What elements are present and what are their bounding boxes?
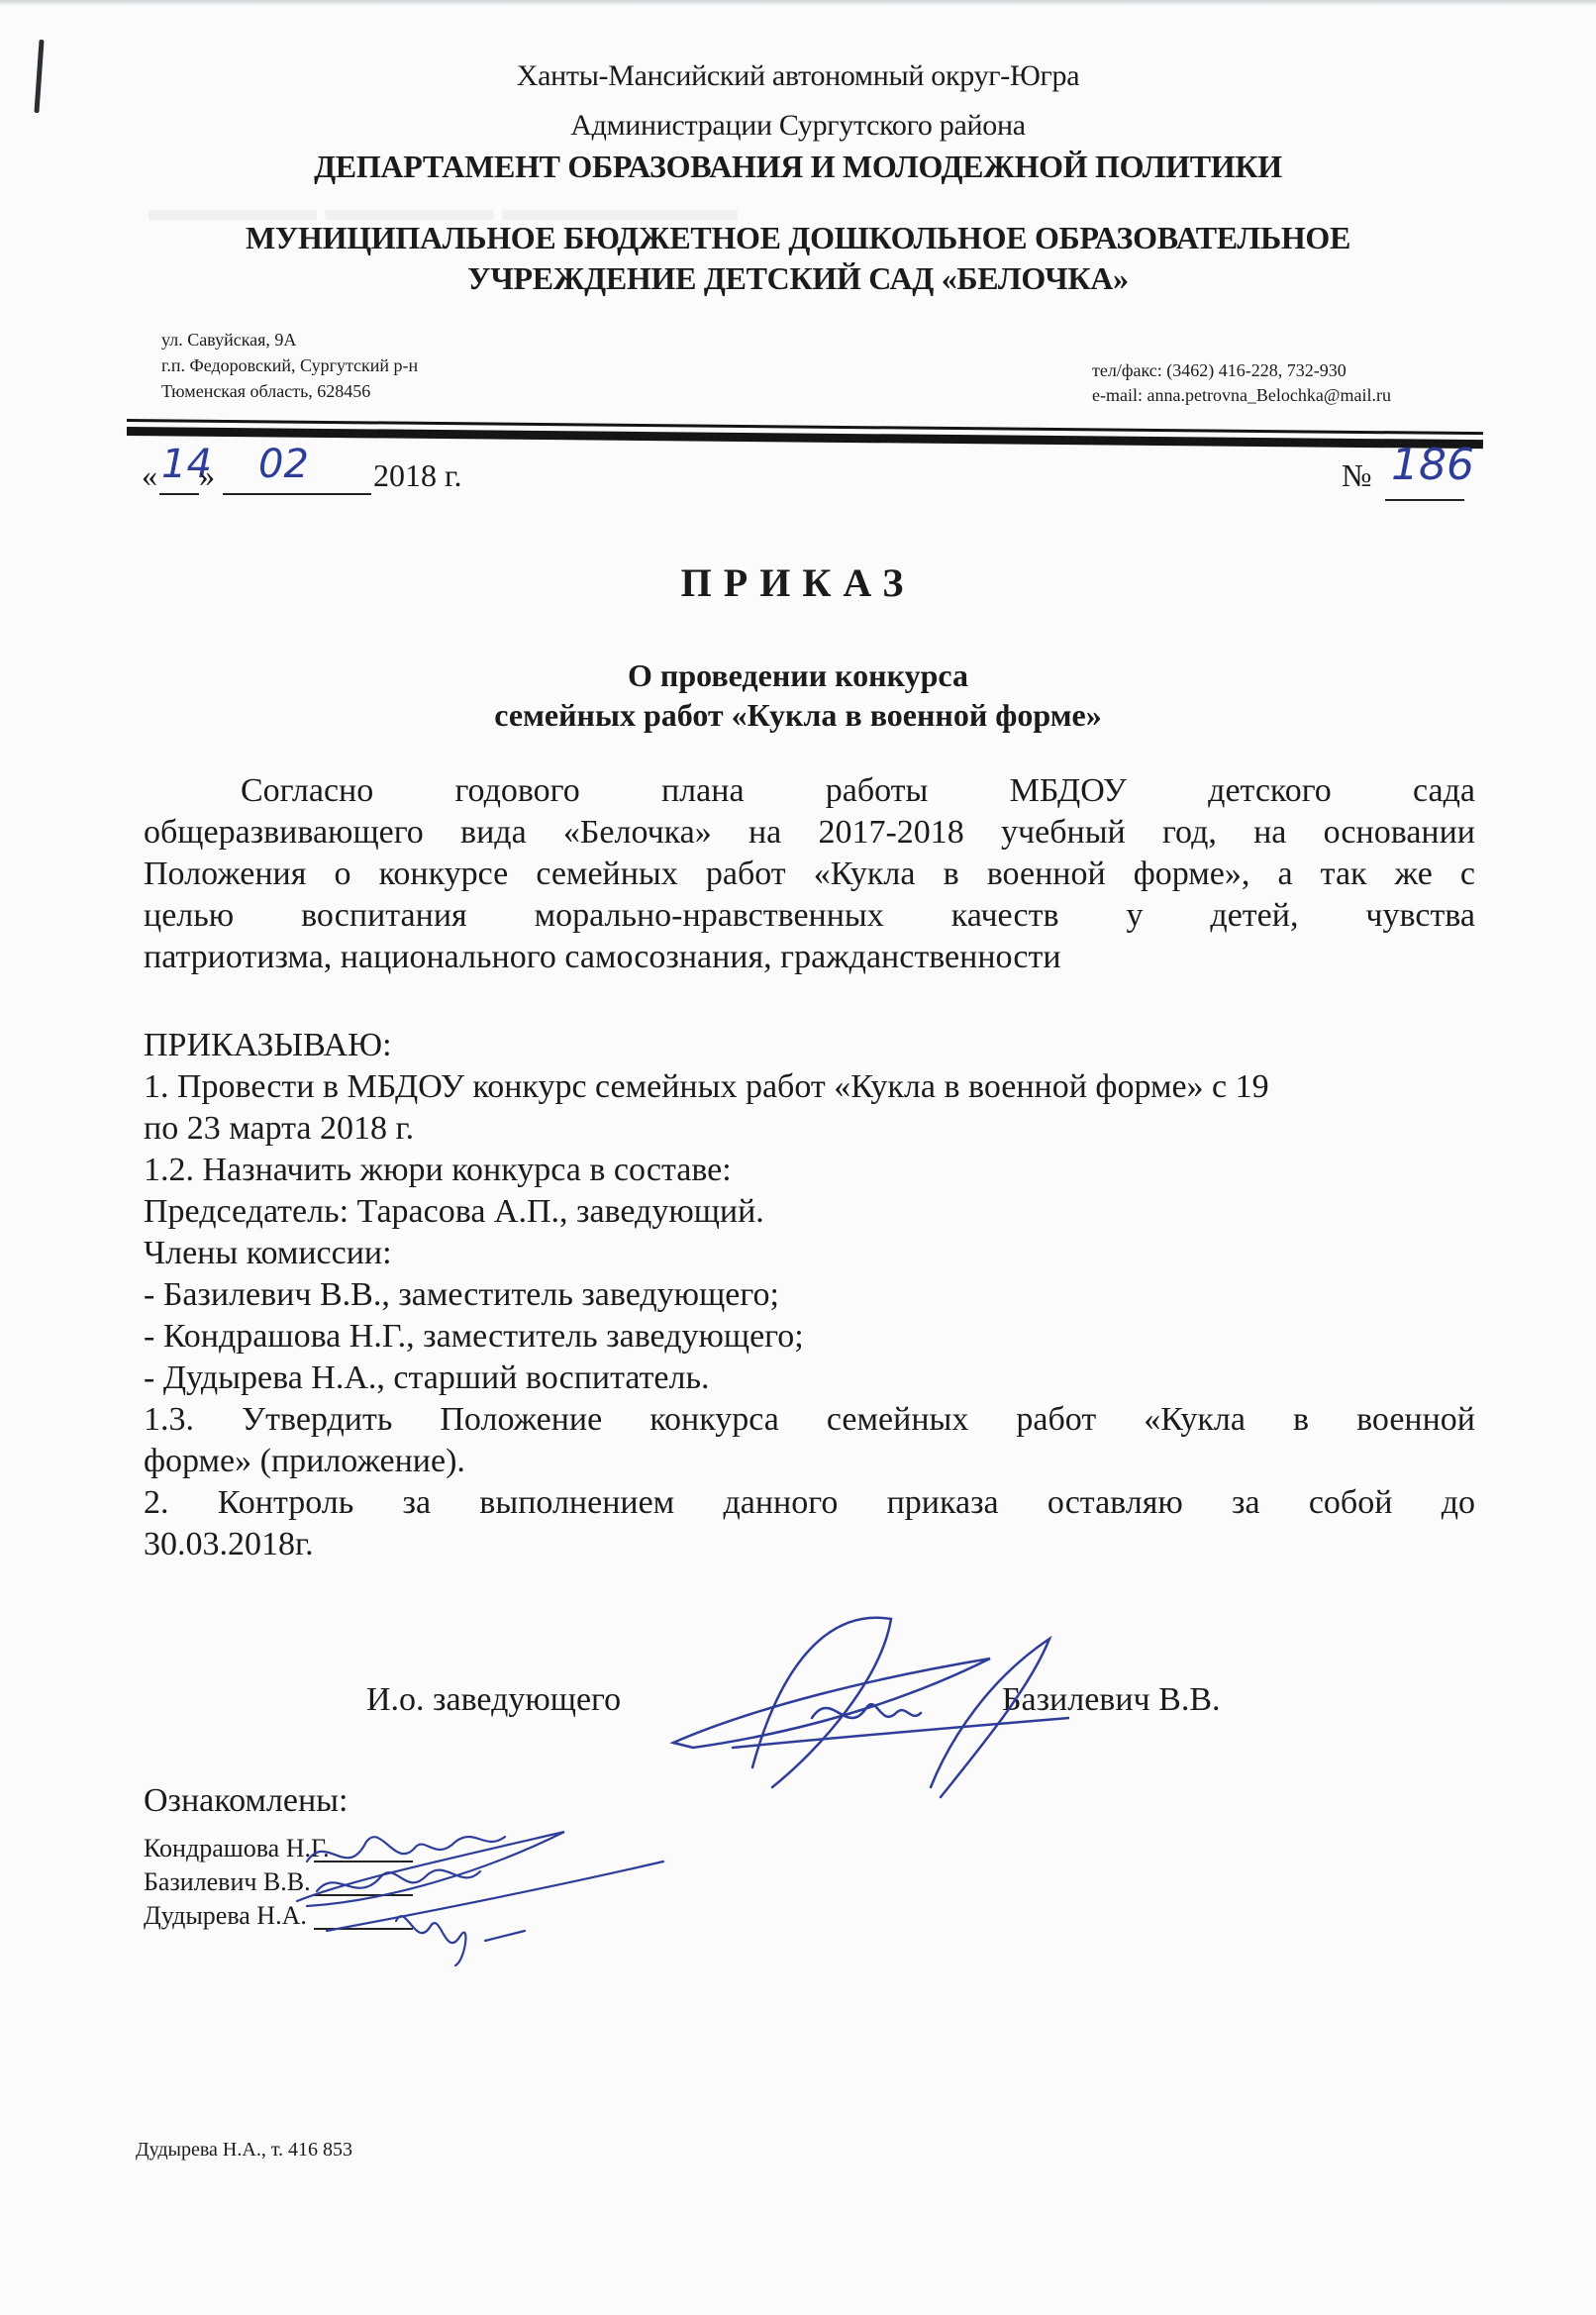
intro-line: общеразвивающего вида «Белочка» на 2017-… [144, 812, 1475, 854]
signature-line [314, 1894, 413, 1896]
jury-member: - Дудырева Н.А., старший воспитатель. [144, 1358, 1475, 1399]
signature-line [314, 1928, 413, 1930]
order-year: 2018 г. [373, 457, 462, 494]
order-item-2-line1: 2. Контроль за выполнением данного прика… [144, 1482, 1475, 1524]
order-item-1-line2: по 23 марта 2018 г. [144, 1108, 1475, 1150]
document-title: ПРИКАЗ [0, 559, 1596, 606]
scan-edge [0, 0, 1596, 6]
number-sign: № [1342, 457, 1372, 494]
document-subtitle: О проведении конкурса семейных работ «Ку… [0, 655, 1596, 735]
acknowledged-person-name: Кондрашова Н.Г. [144, 1834, 330, 1862]
contact-block: тел/факс: (3462) 416-228, 732-930 e-mail… [1092, 358, 1391, 408]
contact-phone: тел/факс: (3462) 416-228, 732-930 [1092, 358, 1391, 383]
day-underline [159, 493, 199, 495]
jury-chair: Председатель: Тарасова А.П., заведующий. [144, 1191, 1475, 1233]
header-institution-line2: УЧРЕЖДЕНИЕ ДЕТСКИЙ САД «БЕЛОЧКА» [0, 260, 1596, 297]
order-item-2-line2: 30.03.2018г. [144, 1524, 1475, 1565]
header-department: ДЕПАРТАМЕНТ ОБРАЗОВАНИЯ И МОЛОДЕЖНОЙ ПОЛ… [0, 149, 1596, 185]
executor-footer: Дудырева Н.А., т. 416 853 [136, 2139, 352, 2162]
address-town: г.п. Федоровский, Сургутский р-н [161, 352, 418, 378]
signatory-name: Базилевич В.В. [1002, 1681, 1221, 1719]
jury-member: - Базилевич В.В., заместитель заведующег… [144, 1274, 1475, 1316]
acknowledged-label: Ознакомлены: [144, 1782, 348, 1820]
acknowledged-list: Кондрашова Н.Г. Базилевич В.В. Дудырева … [144, 1832, 330, 1933]
subtitle-line2: семейных работ «Кукла в военной форме» [0, 695, 1596, 735]
signatory-position: И.о. заведующего [366, 1681, 621, 1719]
acknowledgement-signatures-icon [287, 1822, 683, 1970]
intro-line: целью воспитания морально-нравственных к… [144, 895, 1475, 937]
intro-line: Согласно годового плана работы МБДОУ дет… [144, 770, 1475, 812]
address-region: Тюменская область, 628456 [161, 378, 418, 404]
handwritten-month: 02 [258, 442, 309, 487]
acknowledged-person: Базилевич В.В. [144, 1865, 330, 1899]
quote-close: » [199, 457, 215, 494]
signature-line [314, 1861, 413, 1862]
header-administration: Администрации Сургутского района [0, 109, 1596, 143]
header-institution-line1: МУНИЦИПАЛЬНОЕ БЮДЖЕТНОЕ ДОШКОЛЬНОЕ ОБРАЗ… [0, 220, 1596, 256]
order-item-1-2: 1.2. Назначить жюри конкурса в составе: [144, 1150, 1475, 1191]
address-street: ул. Савуйская, 9А [161, 327, 418, 352]
orders-section: ПРИКАЗЫВАЮ: 1. Провести в МБДОУ конкурс … [144, 1025, 1475, 1565]
order-date-number-row: « 14 » 02 2018 г. № 186 [142, 448, 1498, 507]
acknowledged-person-name: Дудырева Н.А. [144, 1901, 307, 1930]
jury-member: - Кондрашова Н.Г., заместитель заведующе… [144, 1316, 1475, 1358]
quote-open: « [142, 457, 157, 494]
handwritten-order-number: 186 [1391, 440, 1474, 490]
intro-line: Положения о конкурсе семейных работ «Кук… [144, 854, 1475, 895]
header-region: Ханты-Мансийский автономный округ-Югра [0, 59, 1596, 93]
intro-paragraph: Согласно годового плана работы МБДОУ дет… [144, 770, 1475, 978]
order-item-1-line1: 1. Провести в МБДОУ конкурс семейных раб… [144, 1066, 1475, 1108]
month-underline [223, 493, 371, 495]
acknowledged-person: Кондрашова Н.Г. [144, 1832, 330, 1865]
order-item-1-3-line2: форме» (приложение). [144, 1441, 1475, 1482]
acknowledged-person: Дудырева Н.А. [144, 1899, 330, 1933]
number-underline [1385, 499, 1464, 501]
acknowledged-person-name: Базилевич В.В. [144, 1867, 311, 1896]
order-item-1-3-line1: 1.3. Утвердить Положение конкурса семейн… [144, 1399, 1475, 1441]
intro-line: патриотизма, национального самосознания,… [144, 937, 1475, 978]
address-block: ул. Савуйская, 9А г.п. Федоровский, Сург… [161, 327, 418, 404]
scanned-document-page: ▬▬▬▬▬ ▬▬▬▬▬ ▬▬▬▬▬▬▬ Ханты-Мансийский авт… [0, 0, 1596, 2315]
contact-email: e-mail: anna.petrovna_Belochka@mail.ru [1092, 383, 1391, 408]
jury-members-label: Члены комиссии: [144, 1233, 1475, 1274]
orders-heading: ПРИКАЗЫВАЮ: [144, 1025, 1475, 1066]
subtitle-line1: О проведении конкурса [0, 655, 1596, 695]
